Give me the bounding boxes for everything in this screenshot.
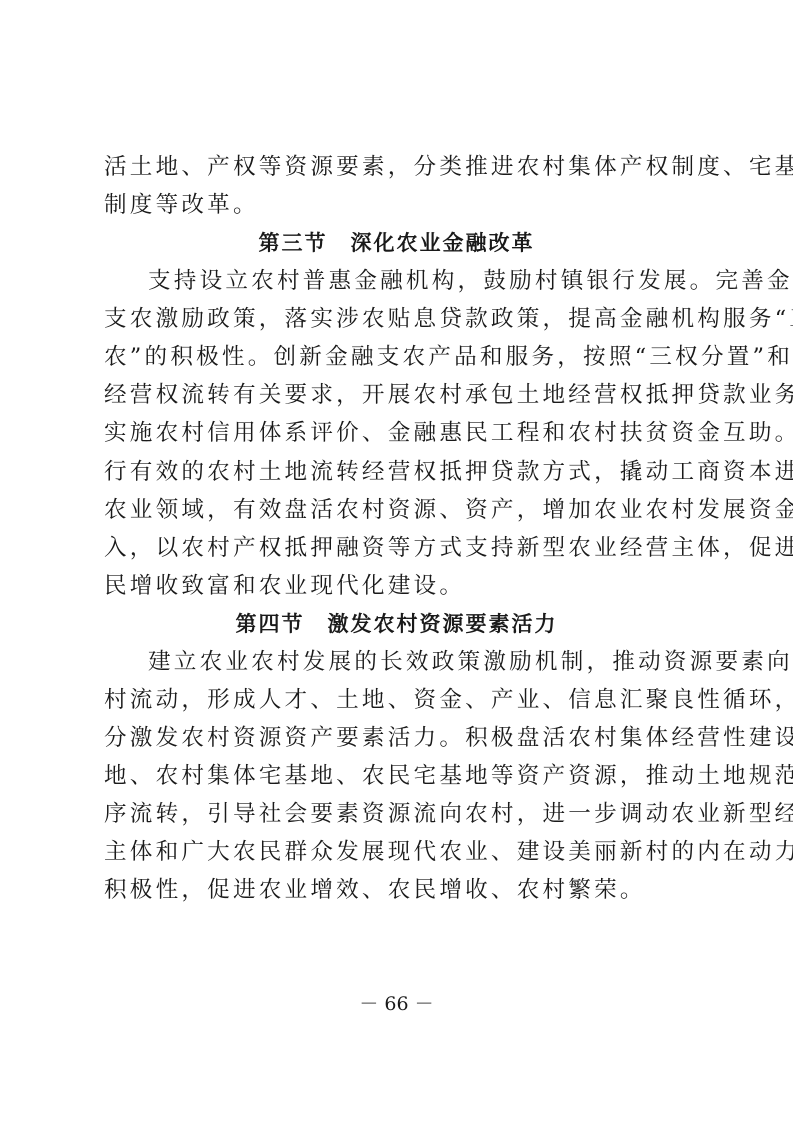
body-text-line: 实施农村信用体系评价、金融惠民工程和农村扶贫资金互助。推: [104, 417, 694, 449]
body-text-line: 农业领域，有效盘活农村资源、资产，增加农业农村发展资金投: [104, 494, 694, 526]
page-number: － 66 －: [0, 990, 793, 1018]
body-text-line: 支农激励政策，落实涉农贴息贷款政策，提高金融机构服务“三: [104, 303, 694, 335]
body-text-line: 制度等改革。: [104, 189, 694, 221]
body-text-line: 分激发农村资源资产要素活力。积极盘活农村集体经营性建设用: [104, 722, 694, 754]
body-text-line: 农”的积极性。创新金融支农产品和服务，按照“三权分置”和: [104, 341, 694, 373]
body-text-line: 支持设立农村普惠金融机构，鼓励村镇银行发展。完善金融: [148, 265, 694, 297]
body-text-line: 地、农村集体宅基地、农民宅基地等资产资源，推动土地规范有: [104, 760, 694, 792]
body-text-line: 民增收致富和农业现代化建设。: [104, 570, 694, 602]
section-heading: 第三节 深化农业金融改革: [0, 227, 793, 259]
body-text-line: 行有效的农村土地流转经营权抵押贷款方式，撬动工商资本进入: [104, 456, 694, 488]
body-text-line: 建立农业农村发展的长效政策激励机制，推动资源要素向农: [148, 646, 694, 678]
body-text-line: 主体和广大农民群众发展现代农业、建设美丽新村的内在动力和: [104, 836, 694, 868]
body-text-line: 经营权流转有关要求，开展农村承包土地经营权抵押贷款业务。: [104, 379, 694, 411]
document-page: 活土地、产权等资源要素，分类推进农村集体产权制度、宅基地 制度等改革。 第三节 …: [0, 0, 793, 1122]
body-text-line: 序流转，引导社会要素资源流向农村，进一步调动农业新型经营: [104, 798, 694, 830]
body-text-line: 入，以农村产权抵押融资等方式支持新型农业经营主体，促进农: [104, 532, 694, 564]
body-text-line: 村流动，形成人才、土地、资金、产业、信息汇聚良性循环，充: [104, 684, 694, 716]
body-text-line: 活土地、产权等资源要素，分类推进农村集体产权制度、宅基地: [104, 151, 694, 183]
section-heading: 第四节 激发农村资源要素活力: [0, 608, 793, 640]
body-text-line: 积极性，促进农业增效、农民增收、农村繁荣。: [104, 874, 694, 906]
